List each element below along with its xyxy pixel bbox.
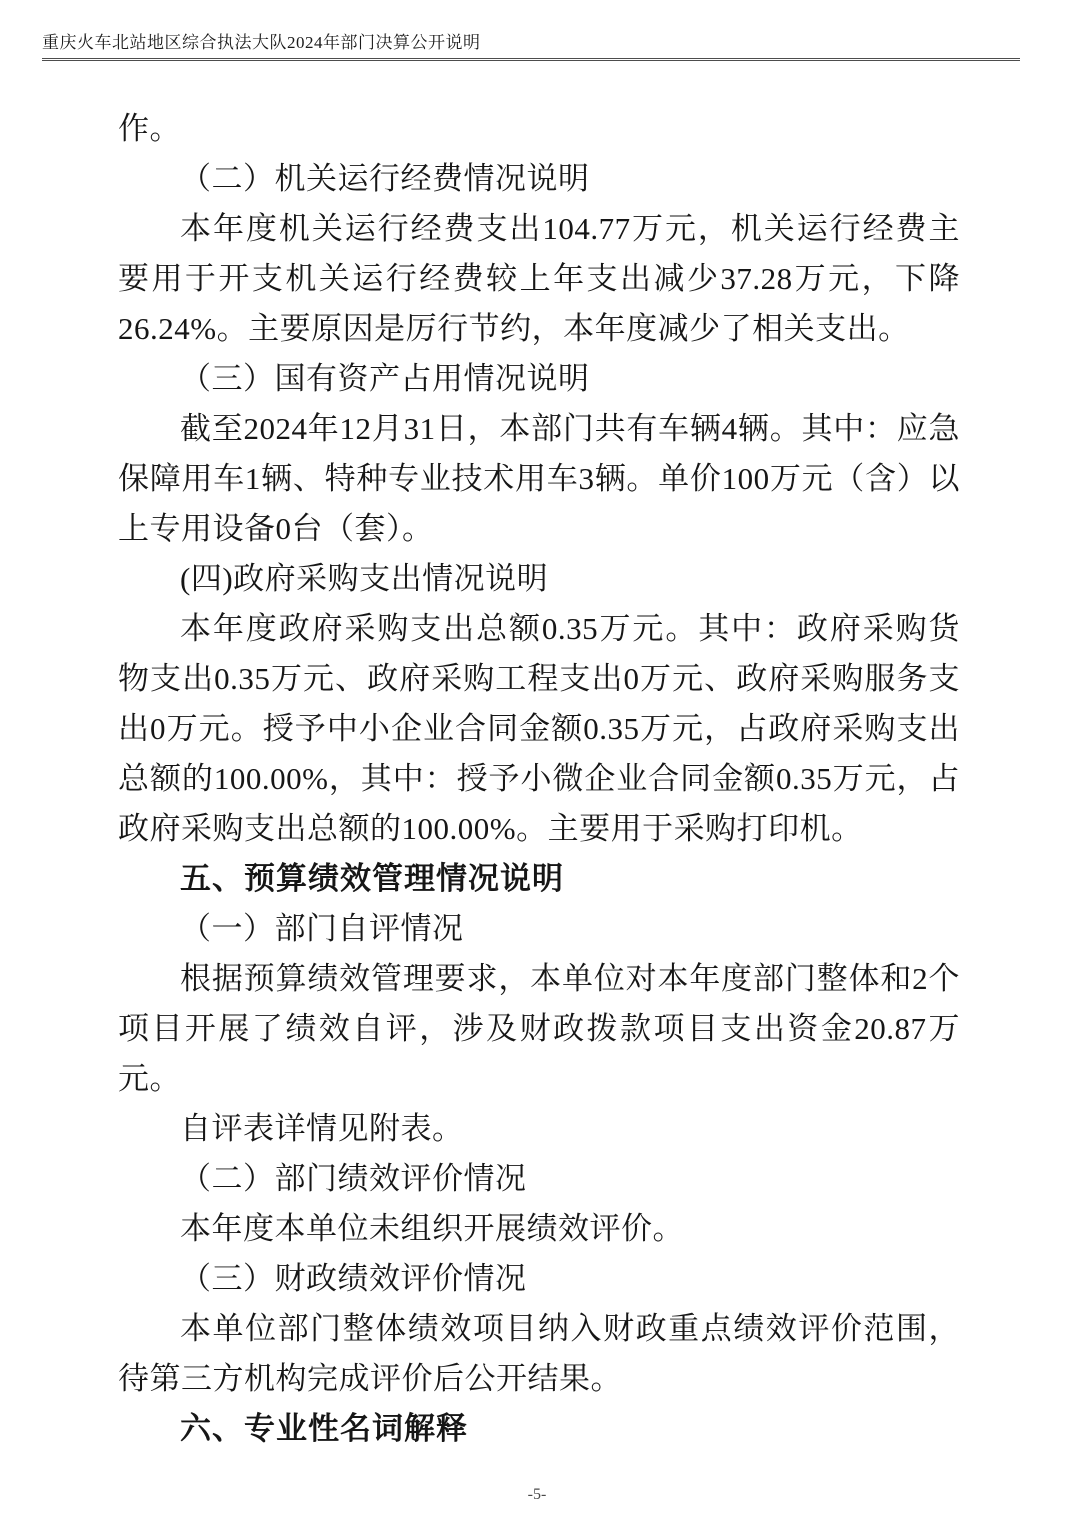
section-heading: 六、专业性名词解释 — [118, 1404, 960, 1454]
section-subheading: （三）财政绩效评价情况 — [118, 1254, 960, 1304]
paragraph-continuation: 作。 — [118, 104, 960, 154]
body-paragraph: 本年度本单位未组织开展绩效评价。 — [118, 1204, 960, 1254]
section-heading: 五、预算绩效管理情况说明 — [118, 854, 960, 904]
section-subheading: （一）部门自评情况 — [118, 904, 960, 954]
document-page: 重庆火车北站地区综合执法大队2024年部门决算公开说明 作。 （二）机关运行经费… — [0, 0, 1074, 1520]
body-paragraph: 根据预算绩效管理要求，本单位对本年度部门整体和2个项目开展了绩效自评，涉及财政拨… — [118, 954, 960, 1104]
section-subheading: （二）部门绩效评价情况 — [118, 1154, 960, 1204]
header-title: 重庆火车北站地区综合执法大队2024年部门决算公开说明 — [42, 33, 481, 52]
page-footer: -5- — [0, 1486, 1074, 1504]
body-paragraph: 本年度政府采购支出总额0.35万元。其中：政府采购货物支出0.35万元、政府采购… — [118, 604, 960, 854]
page-number: -5- — [528, 1486, 547, 1503]
section-subheading: （三）国有资产占用情况说明 — [118, 354, 960, 404]
section-subheading: (四)政府采购支出情况说明 — [118, 554, 960, 604]
section-subheading: （二）机关运行经费情况说明 — [118, 154, 960, 204]
body-paragraph: 自评表详情见附表。 — [118, 1104, 960, 1154]
page-header: 重庆火车北站地区综合执法大队2024年部门决算公开说明 — [42, 28, 1020, 61]
body-paragraph: 本单位部门整体绩效项目纳入财政重点绩效评价范围，待第三方机构完成评价后公开结果。 — [118, 1304, 960, 1404]
body-paragraph: 本年度机关运行经费支出104.77万元，机关运行经费主要用于开支机关运行经费较上… — [118, 204, 960, 354]
document-body: 作。 （二）机关运行经费情况说明 本年度机关运行经费支出104.77万元，机关运… — [118, 104, 960, 1454]
body-paragraph: 截至2024年12月31日，本部门共有车辆4辆。其中：应急保障用车1辆、特种专业… — [118, 404, 960, 554]
